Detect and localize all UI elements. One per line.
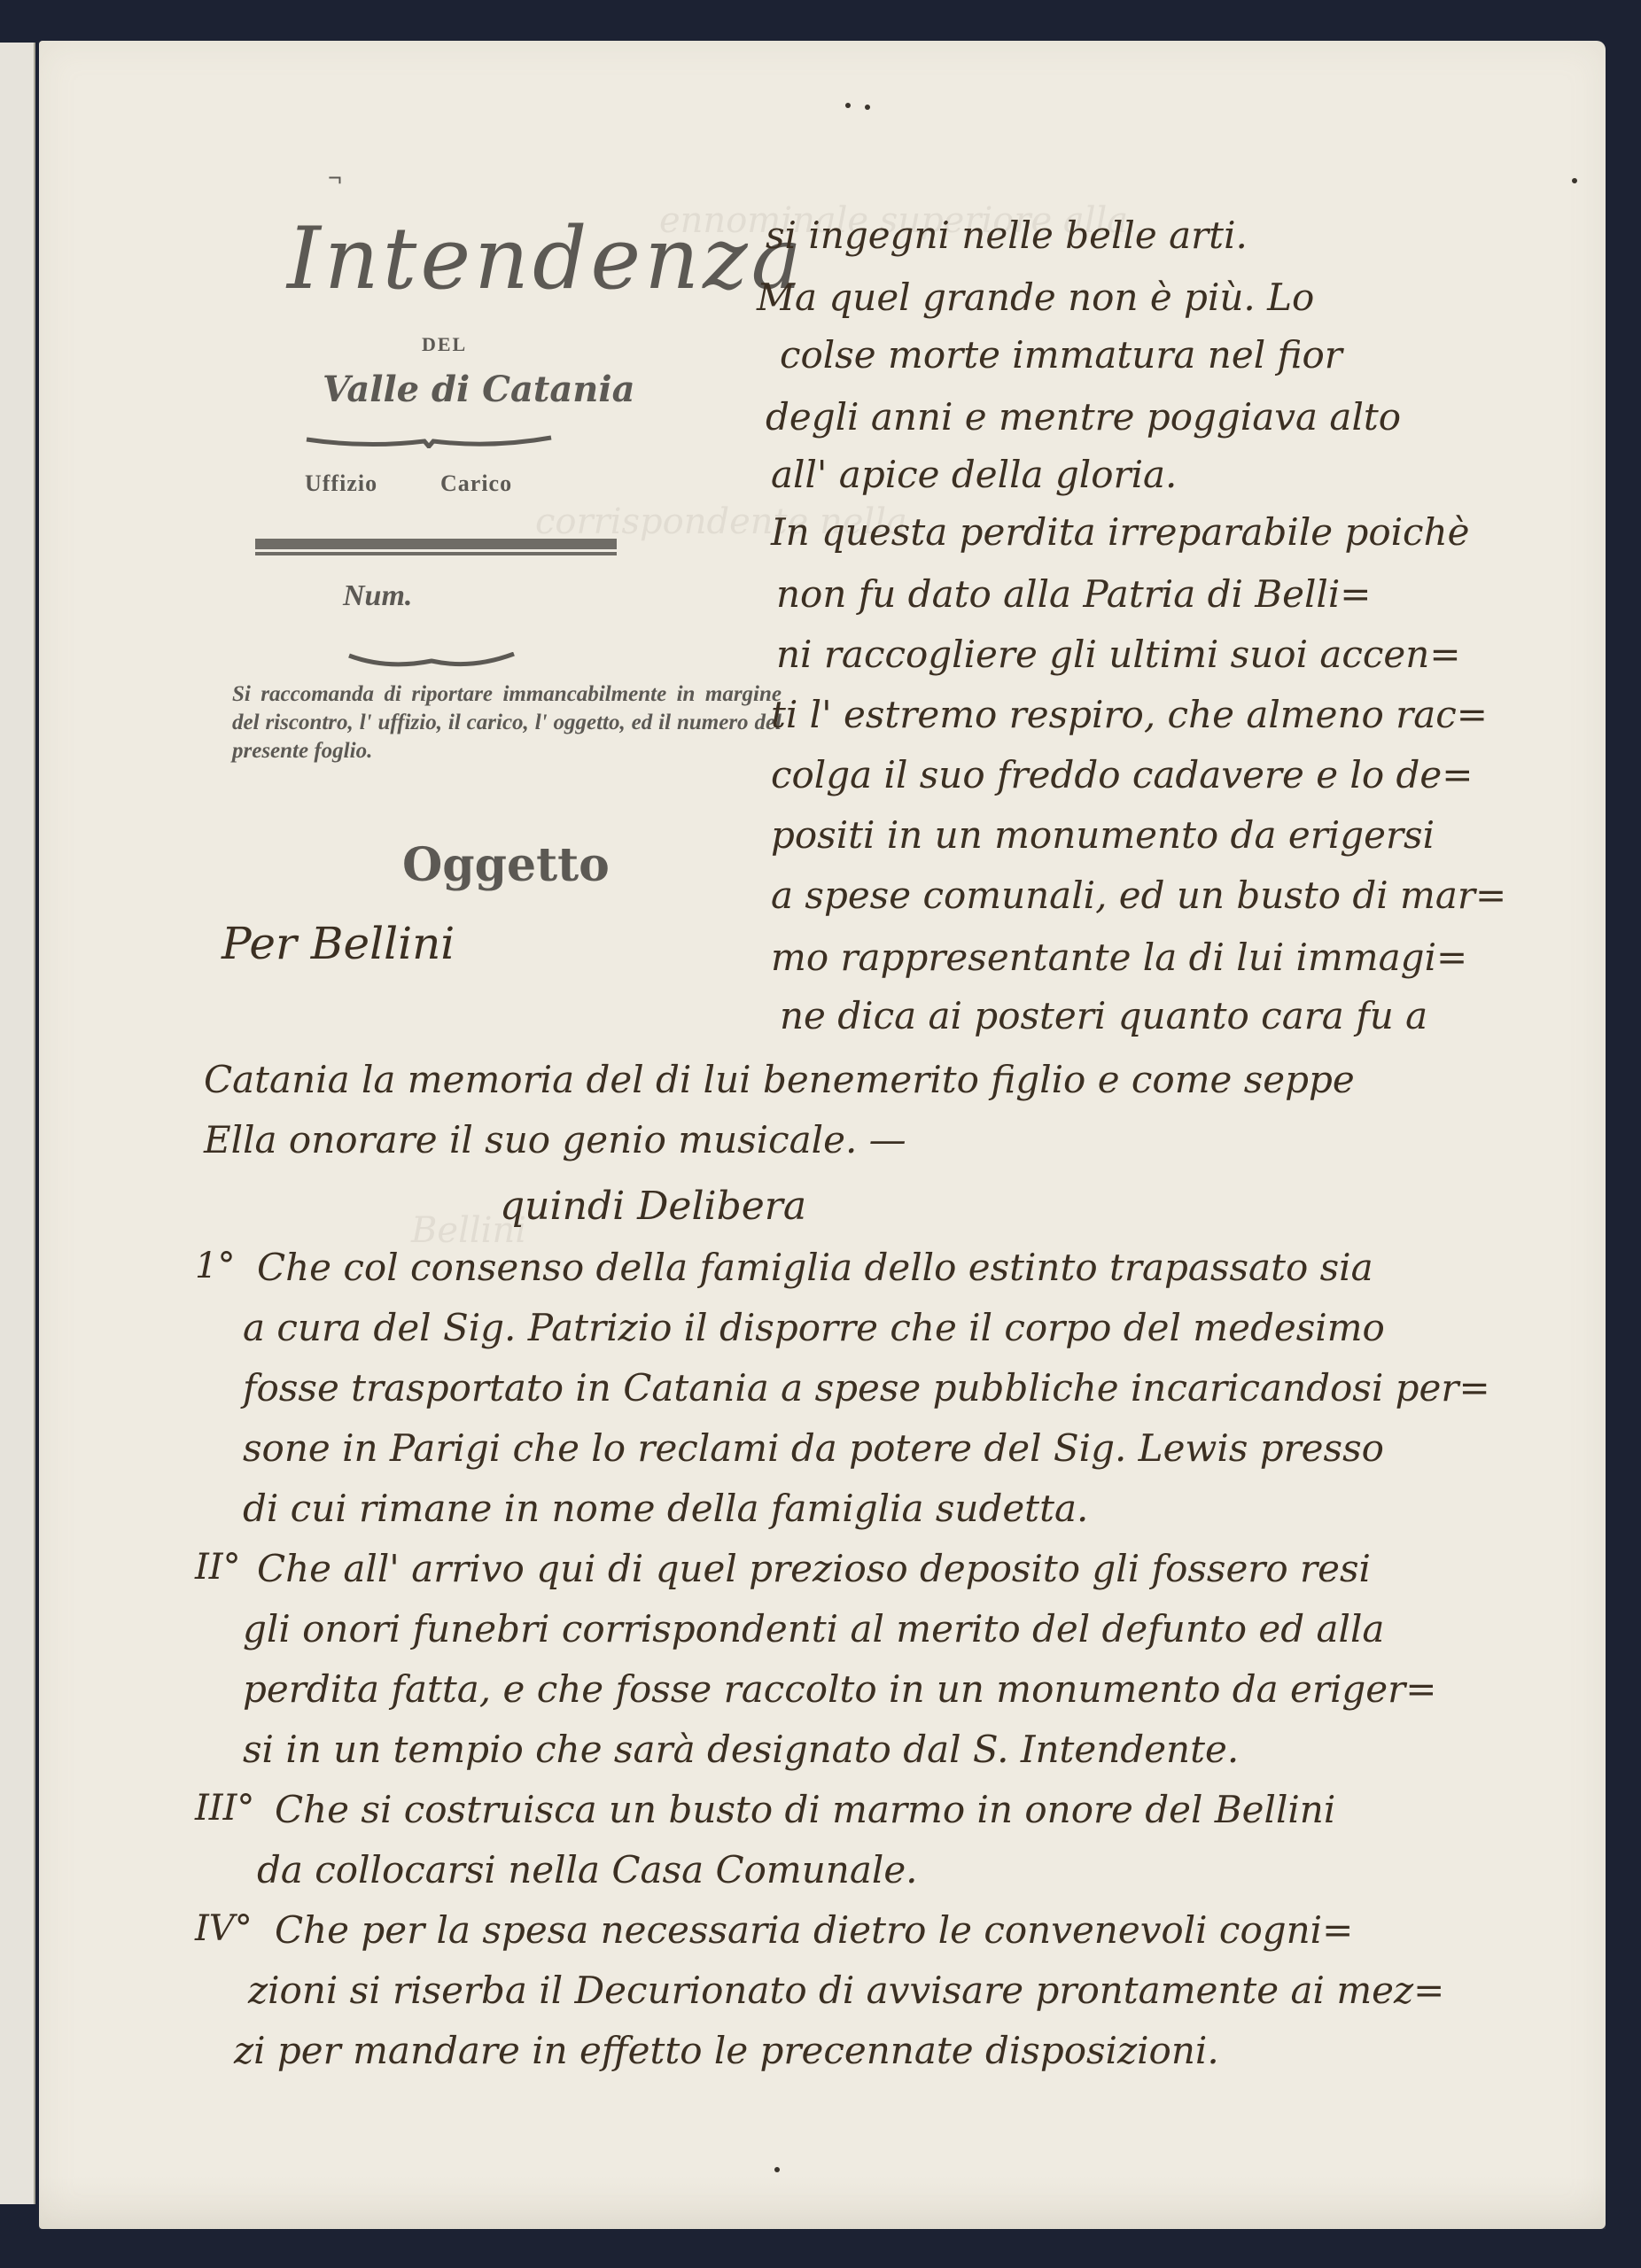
text-line: Che all' arrivo qui di quel prezioso dep… [257, 1547, 1371, 1590]
text-line: si ingegni nelle belle arti. [766, 214, 1248, 257]
text-line: a cura del Sig. Patrizio il disporre che… [243, 1306, 1385, 1349]
text-line: di cui rimane in nome della famiglia sud… [243, 1487, 1088, 1530]
oggetto-value: Per Bellini [222, 918, 455, 969]
carico-label: Carico [440, 470, 512, 497]
text-line: perdita fatta, e che fosse raccolto in u… [243, 1667, 1436, 1711]
resolution-heading: quindi Delibera [500, 1184, 806, 1229]
text-line: Catania la memoria del di lui benemerito… [204, 1058, 1355, 1101]
text-line: Ma quel grande non è più. Lo [757, 276, 1314, 319]
letterhead-title: Intendenza [287, 209, 805, 308]
text-line: non fu dato alla Patria di Belli= [776, 572, 1372, 616]
text-line: da collocarsi nella Casa Comunale. [257, 1848, 918, 1891]
num-label: Num. [343, 579, 412, 613]
text-line: degli anni e mentre poggiava alto [766, 395, 1401, 439]
uffizio-label: Uffizio [305, 470, 377, 497]
notice-text: Si raccomanda di riportare immancabilmen… [232, 680, 782, 765]
text-line: gli onori funebri corrispondenti al meri… [243, 1607, 1384, 1651]
text-line: fosse trasportato in Catania a spese pub… [243, 1366, 1490, 1410]
paper-speck [774, 2167, 780, 2172]
document-sheet: ennominale superiore alla corrispondente… [39, 41, 1606, 2229]
item-number: II° [195, 1547, 241, 1588]
ornament-divider-icon [305, 434, 553, 448]
letterhead-province: Valle di Catania [323, 369, 634, 410]
paper-speck [865, 105, 870, 110]
item-number: IV° [195, 1908, 253, 1949]
text-line: positi in un monumento da erigersi [771, 813, 1435, 857]
paper-speck [1572, 178, 1577, 183]
double-rule-divider [255, 539, 617, 552]
item-number: III° [195, 1788, 254, 1829]
text-line: Che per la spesa necessaria dietro le co… [275, 1908, 1353, 1952]
paper-speck [845, 103, 851, 108]
text-line: Che col consenso della famiglia dello es… [257, 1246, 1373, 1289]
ornament-swash-icon [347, 652, 516, 670]
text-line: a spese comunali, ed un busto di mar= [771, 874, 1506, 917]
text-line: Che si costruisca un busto di marmo in o… [275, 1788, 1335, 1831]
text-line: In questa perdita irreparabile poichè [771, 510, 1469, 554]
text-line: zi per mandare in effetto le precennate … [234, 2029, 1219, 2072]
text-line: ti l' estremo respiro, che almeno rac= [771, 693, 1488, 736]
text-line: ne dica ai posteri quanto cara fu a [780, 994, 1427, 1037]
facing-page-edge [0, 43, 35, 2204]
oggetto-label: Oggetto [402, 838, 610, 892]
item-number: 1° [195, 1246, 235, 1286]
text-line: all' apice della gloria. [771, 453, 1177, 496]
text-line: colga il suo freddo cadavere e lo de= [771, 753, 1473, 796]
text-line: zioni si riserba il Decurionato di avvis… [248, 1969, 1444, 2012]
letterhead-del: DEL [422, 333, 467, 356]
text-line: sone in Parigi che lo reclami da potere … [243, 1426, 1384, 1470]
text-line: Ella onorare il suo genio musicale. — [204, 1118, 906, 1161]
text-line: mo rappresentante la di lui immagi= [771, 936, 1467, 979]
text-line: colse morte immatura nel fior [780, 333, 1342, 377]
text-line: si in un tempio che sarà designato dal S… [243, 1728, 1239, 1771]
text-line: ni raccogliere gli ultimi suoi accen= [776, 633, 1461, 676]
corner-mark: ¬ [328, 165, 342, 193]
